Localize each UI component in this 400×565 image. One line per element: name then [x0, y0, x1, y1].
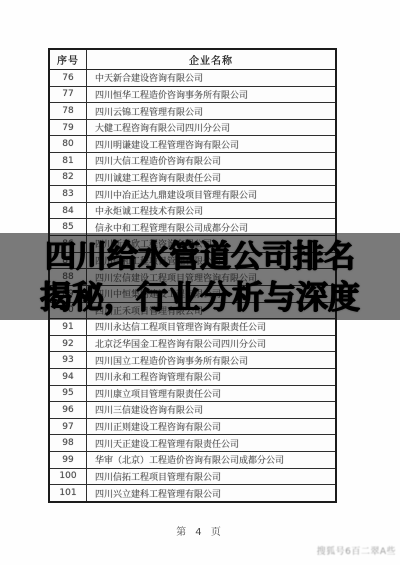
row-company-name: 四川恒华工程造价咨询事务所有限公司: [87, 87, 335, 103]
row-serial-number: 79: [50, 120, 87, 136]
headline-line-2: 揭秘，行业分析与深度: [40, 277, 360, 317]
row-company-name: 中永炬诚工程技术有限公司: [87, 203, 335, 219]
row-company-name: 四川永达信工程项目管理咨询有限责任公司: [87, 319, 335, 335]
row-company-name: 中天新合建设咨询有限公司: [87, 70, 335, 86]
row-serial-number: 81: [50, 153, 87, 169]
table-row: 99华审（北京）工程造价咨询有限公司成都分公司: [50, 452, 335, 469]
row-company-name: 四川永和工程咨询管理有限公司: [87, 369, 335, 385]
row-company-name: 四川康立项目管理有限责任公司: [87, 386, 335, 402]
table-row: 83四川中冶正达九鼎建设项目管理有限公司: [50, 186, 335, 203]
row-company-name: 四川国立工程造价咨询事务所有限公司: [87, 352, 335, 368]
row-company-name: 北京泛华国金工程咨询有限公司四川分公司: [87, 336, 335, 352]
row-serial-number: 80: [50, 136, 87, 152]
row-serial-number: 78: [50, 103, 87, 119]
table-header-row: 序号 企业名称: [50, 50, 335, 70]
row-serial-number: 97: [50, 419, 87, 435]
row-serial-number: 83: [50, 186, 87, 202]
row-serial-number: 91: [50, 319, 87, 335]
row-company-name: 四川大信工程造价咨询有限公司: [87, 153, 335, 169]
row-serial-number: 77: [50, 87, 87, 103]
row-company-name: 四川兴立建科工程管理有限公司: [87, 485, 335, 501]
row-company-name: 四川三信建设咨询有限公司: [87, 402, 335, 418]
row-serial-number: 96: [50, 402, 87, 418]
table-row: 84中永炬诚工程技术有限公司: [50, 203, 335, 220]
row-serial-number: 100: [50, 469, 87, 485]
table-row: 96四川三信建设咨询有限公司: [50, 402, 335, 419]
table-row: 95四川康立项目管理有限责任公司: [50, 386, 335, 403]
row-serial-number: 82: [50, 170, 87, 186]
row-company-name: 四川中冶正达九鼎建设项目管理有限公司: [87, 186, 335, 202]
table-row: 81四川大信工程造价咨询有限公司: [50, 153, 335, 170]
row-serial-number: 95: [50, 386, 87, 402]
row-serial-number: 99: [50, 452, 87, 468]
scanned-page: 序号 企业名称 76中天新合建设咨询有限公司77四川恒华工程造价咨询事务所有限公…: [0, 0, 400, 565]
page-number-label: 第 4 页: [0, 523, 400, 538]
table-row: 78四川云锦工程管理有限公司: [50, 103, 335, 120]
table-row: 100四川信拓工程项目管理有限公司: [50, 469, 335, 486]
row-company-name: 四川天正建设工程管理有限责任公司: [87, 435, 335, 451]
column-header-company-name: 企业名称: [87, 50, 335, 69]
table-row: 97四川正则建设工程咨询有限公司: [50, 419, 335, 436]
row-serial-number: 101: [50, 485, 87, 501]
row-serial-number: 76: [50, 70, 87, 86]
table-row: 79大健工程咨询有限公司四川分公司: [50, 120, 335, 137]
table-row: 94四川永和工程咨询管理有限公司: [50, 369, 335, 386]
column-header-serial: 序号: [50, 50, 87, 69]
table-row: 101四川兴立建科工程管理有限公司: [50, 485, 335, 501]
table-row: 80四川明谦建设工程管理咨询有限公司: [50, 136, 335, 153]
row-serial-number: 92: [50, 336, 87, 352]
table-row: 91四川永达信工程项目管理咨询有限责任公司: [50, 319, 335, 336]
headline-overlay-banner: 四川给水管道公司排名 揭秘，行业分析与深度: [0, 233, 400, 320]
row-company-name: 四川诚建工程咨询有限责任公司: [87, 170, 335, 186]
table-row: 76中天新合建设咨询有限公司: [50, 70, 335, 87]
row-company-name: 四川云锦工程管理有限公司: [87, 103, 335, 119]
row-company-name: 四川信拓工程项目管理有限公司: [87, 469, 335, 485]
table-row: 77四川恒华工程造价咨询事务所有限公司: [50, 87, 335, 104]
row-company-name: 大健工程咨询有限公司四川分公司: [87, 120, 335, 136]
table-row: 93四川国立工程造价咨询事务所有限公司: [50, 352, 335, 369]
row-serial-number: 84: [50, 203, 87, 219]
row-serial-number: 93: [50, 352, 87, 368]
row-company-name: 四川正则建设工程咨询有限公司: [87, 419, 335, 435]
row-company-name: 华审（北京）工程造价咨询有限公司成都分公司: [87, 452, 335, 468]
row-serial-number: 94: [50, 369, 87, 385]
row-company-name: 四川明谦建设工程管理咨询有限公司: [87, 136, 335, 152]
row-serial-number: 98: [50, 435, 87, 451]
watermark-text: 搜狐号6百二翠A些: [317, 544, 396, 557]
table-row: 98四川天正建设工程管理有限责任公司: [50, 435, 335, 452]
table-row: 92北京泛华国金工程咨询有限公司四川分公司: [50, 336, 335, 353]
headline-line-1: 四川给水管道公司排名: [45, 237, 355, 277]
table-row: 82四川诚建工程咨询有限责任公司: [50, 170, 335, 187]
